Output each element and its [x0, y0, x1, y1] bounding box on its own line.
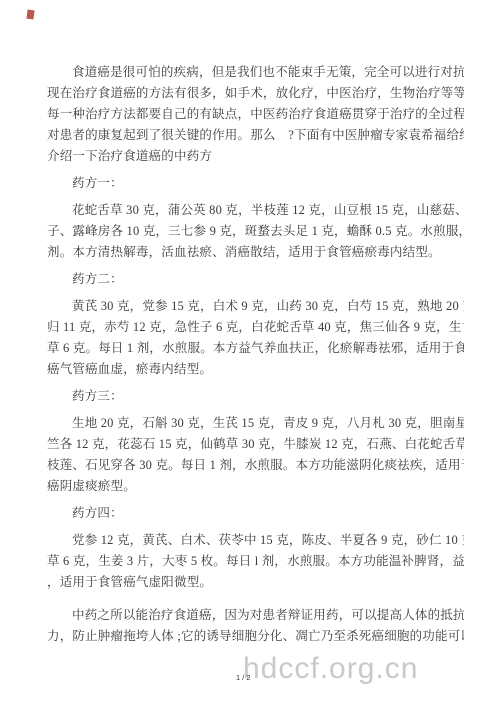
- text-line: 食道癌是很可怕的疾病，但是我们也不能束手无策，完全可以进行对抗。: [47, 62, 464, 83]
- heading-line: 药方二：: [47, 269, 464, 290]
- text-line: 中药之所以能治疗食道癌，因为对患者辩证用药，可以提高人体的抵抗: [47, 605, 464, 626]
- text-line: 力，防止肿瘤拖垮人体 ;它的诱导细胞分化、凋亡乃至杀死癌细胞的功能可以对: [47, 626, 464, 647]
- recipe-2-heading: 药方二：: [47, 269, 464, 290]
- text-line: 剂。本方清热解毒，活血祛瘀、消癌散结，适用于食管癌瘀毒内结型。: [47, 242, 464, 263]
- heading-line: 药方三：: [47, 386, 464, 407]
- text-line: 子、露峰房各 10 克，三七参 9 克，斑蝥去头足 1 克，蟾酥 0.5 克。水…: [47, 221, 464, 242]
- recipe-1-body: 花蛇舌草 30 克，蒲公英 80 克，半枝莲 12 克，山豆根 15 克，山慈菇…: [47, 200, 464, 263]
- text-line: 党参 12 克，黄芪、白术、茯苓中 15 克，陈皮、半夏各 9 克，砂仁 10 …: [47, 530, 464, 551]
- text-line: ，适用于食管癌气虚阳微型。: [47, 572, 464, 593]
- recipe-2-body: 黄芪 30 克，党参 15 克，白术 9 克，山药 30 克，白芍 15 克，熟…: [47, 296, 464, 380]
- text-line: 草 6 克。每日 1 剂，水煎服。本方益气养血扶正，化瘀解毒祛邪，适用于食管: [47, 338, 464, 359]
- watermark: hdccf.org.cn: [243, 652, 418, 686]
- recipe-3-body: 生地 20 克，石斛 30 克，生芪 15 克，青皮 9 克，八月札 30 克，…: [47, 413, 464, 497]
- recipe-3-heading: 药方三：: [47, 386, 464, 407]
- text-line: 归 11 克，赤芍 12 克，急性子 6 克，白花蛇舌草 40 克，焦三仙各 9…: [47, 317, 464, 338]
- corner-mark: [26, 10, 34, 20]
- document-content: 食道癌是很可怕的疾病，但是我们也不能束手无策，完全可以进行对抗。 现在治疗食道癌…: [47, 62, 464, 653]
- text-line: 介绍一下治疗食道癌的中药方: [47, 146, 464, 167]
- text-line: 每一种治疗方法都要自己的有缺点，中医药治疗食道癌贯穿于治疗的全过程，: [47, 104, 464, 125]
- text-line: 花蛇舌草 30 克，蒲公英 80 克，半枝莲 12 克，山豆根 15 克，山慈菇…: [47, 200, 464, 221]
- recipe-1-heading: 药方一：: [47, 173, 464, 194]
- text-line: 癌气管癌血虚，瘀毒内结型。: [47, 359, 464, 380]
- closing-paragraph: 中药之所以能治疗食道癌，因为对患者辩证用药，可以提高人体的抵抗 力，防止肿瘤拖垮…: [47, 605, 464, 647]
- heading-line: 药方一：: [47, 173, 464, 194]
- text-line: 枝莲、石见穿各 30 克。每日 1 剂，水煎服。本方功能滋阴化痰祛疾，适用于食管: [47, 455, 464, 476]
- text-line: 黄芪 30 克，党参 15 克，白术 9 克，山药 30 克，白芍 15 克，熟…: [47, 296, 464, 317]
- text-line: 草 6 克，生姜 3 片，大枣 5 枚。每日 l 剂，水煎服。本方功能温补脾肾，…: [47, 551, 464, 572]
- recipe-4-body: 党参 12 克，黄芪、白术、茯苓中 15 克，陈皮、半夏各 9 克，砂仁 10 …: [47, 530, 464, 593]
- heading-line: 药方四：: [47, 503, 464, 524]
- text-line: 生地 20 克，石斛 30 克，生芪 15 克，青皮 9 克，八月札 30 克，…: [47, 413, 464, 434]
- page-indicator: 1 / 2: [236, 673, 251, 682]
- document-page: 食道癌是很可怕的疾病，但是我们也不能束手无策，完全可以进行对抗。 现在治疗食道癌…: [0, 0, 500, 708]
- text-line: 对患者的康复起到了很关键的作用。那么 ?下面有中医肿瘤专家袁希福给给大家: [47, 125, 464, 146]
- intro-paragraph: 食道癌是很可怕的疾病，但是我们也不能束手无策，完全可以进行对抗。 现在治疗食道癌…: [47, 62, 464, 167]
- recipe-4-heading: 药方四：: [47, 503, 464, 524]
- text-line: 现在治疗食道癌的方法有很多，如手术，放化疗，中医治疗，生物治疗等等，: [47, 83, 464, 104]
- text-line: 癌阴虚痰瘀型。: [47, 476, 464, 497]
- text-line: 竺各 12 克，花蕊石 15 克，仙鹤草 30 克，牛膝炭 12 克，石燕、白花…: [47, 434, 464, 455]
